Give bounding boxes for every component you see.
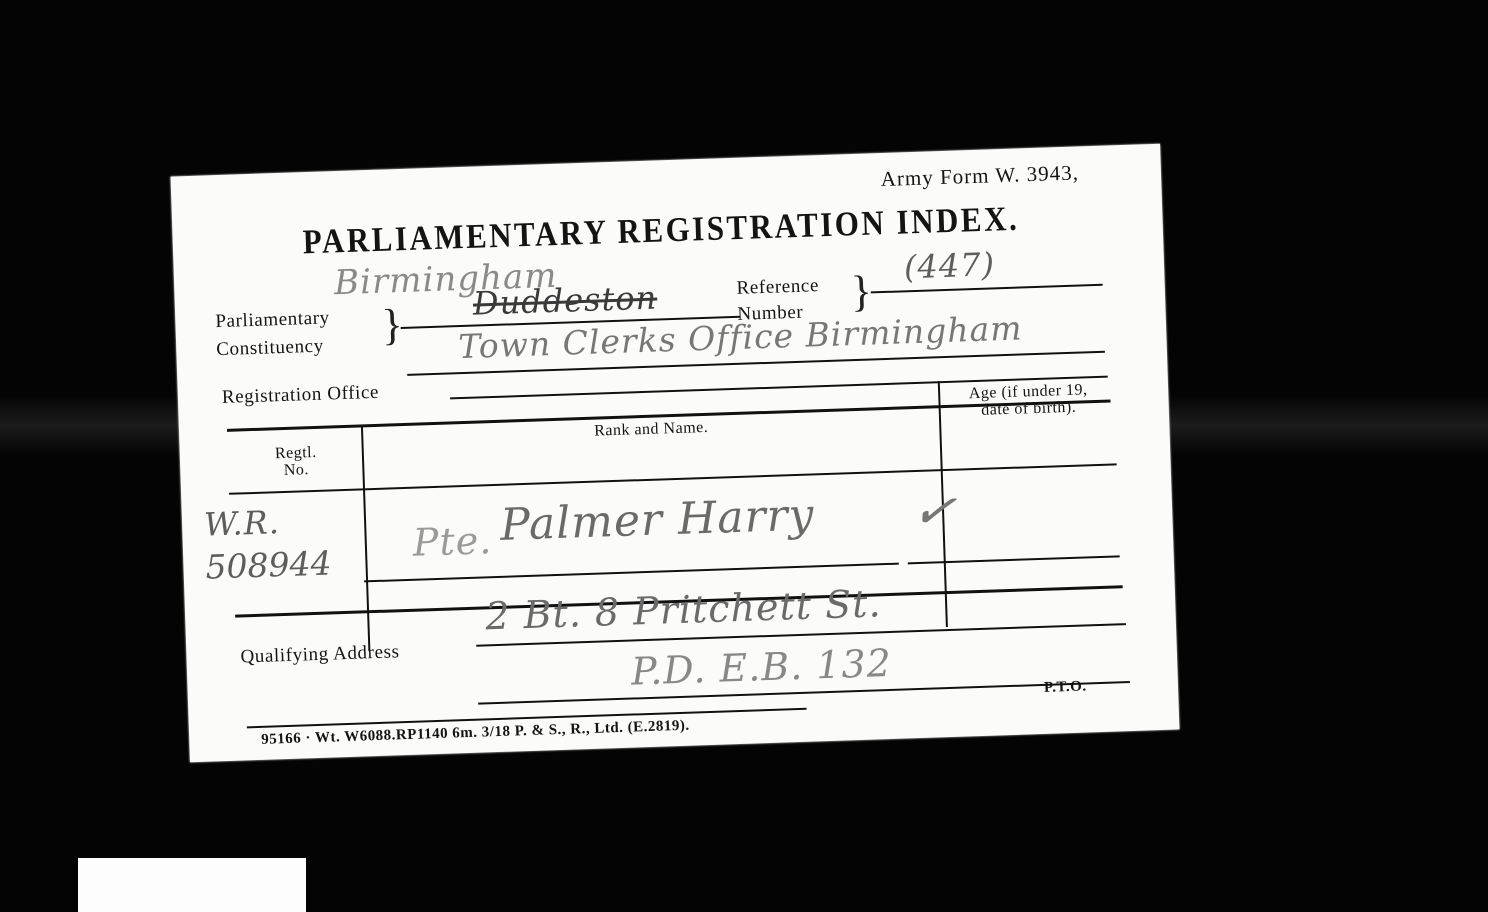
reference-number-value: (447) bbox=[903, 245, 995, 286]
pto-mark: P.T.O. bbox=[1044, 678, 1087, 696]
tick-mark-icon: ✓ bbox=[908, 479, 961, 545]
regtl-no-prefix: W.R. bbox=[203, 503, 280, 543]
constituency-label: Constituency bbox=[216, 336, 324, 362]
army-form-number: Army Form W. 3943, bbox=[880, 160, 1079, 192]
registration-index-card: Army Form W. 3943, PARLIAMENTARY REGISTR… bbox=[171, 144, 1180, 763]
age-header: Age (if under 19, date of birth). bbox=[942, 380, 1115, 420]
constituency-struck-entry: Duddeston bbox=[472, 279, 657, 323]
address-line1-value: 2 Bt. 8 Pritchett St. bbox=[485, 581, 883, 638]
qualifying-address-label: Qualifying Address bbox=[240, 641, 400, 668]
constituency-brace: } bbox=[381, 303, 404, 348]
reference-label: Reference bbox=[736, 275, 819, 300]
reference-brace: } bbox=[850, 269, 873, 314]
age-value bbox=[961, 486, 1111, 491]
name-value: Palmer Harry bbox=[499, 489, 815, 550]
age-row-rule bbox=[908, 555, 1120, 564]
address-line2-value: P.D. E.B. 132 bbox=[630, 641, 892, 694]
regtl-header: Regtl. No. bbox=[238, 443, 355, 481]
table-divider-left bbox=[361, 425, 370, 651]
print-code: 95166 · Wt. W6088.RP1140 6m. 3/18 P. & S… bbox=[261, 718, 690, 749]
parliamentary-label: Parliamentary bbox=[215, 307, 330, 333]
name-row-rule bbox=[364, 563, 899, 583]
paper-scrap bbox=[78, 858, 306, 912]
no-label: No. bbox=[238, 460, 354, 481]
rank-value: Pte. bbox=[412, 518, 493, 565]
regtl-no-value: 508944 bbox=[205, 543, 332, 586]
registration-office-label: Registration Office bbox=[222, 382, 380, 409]
